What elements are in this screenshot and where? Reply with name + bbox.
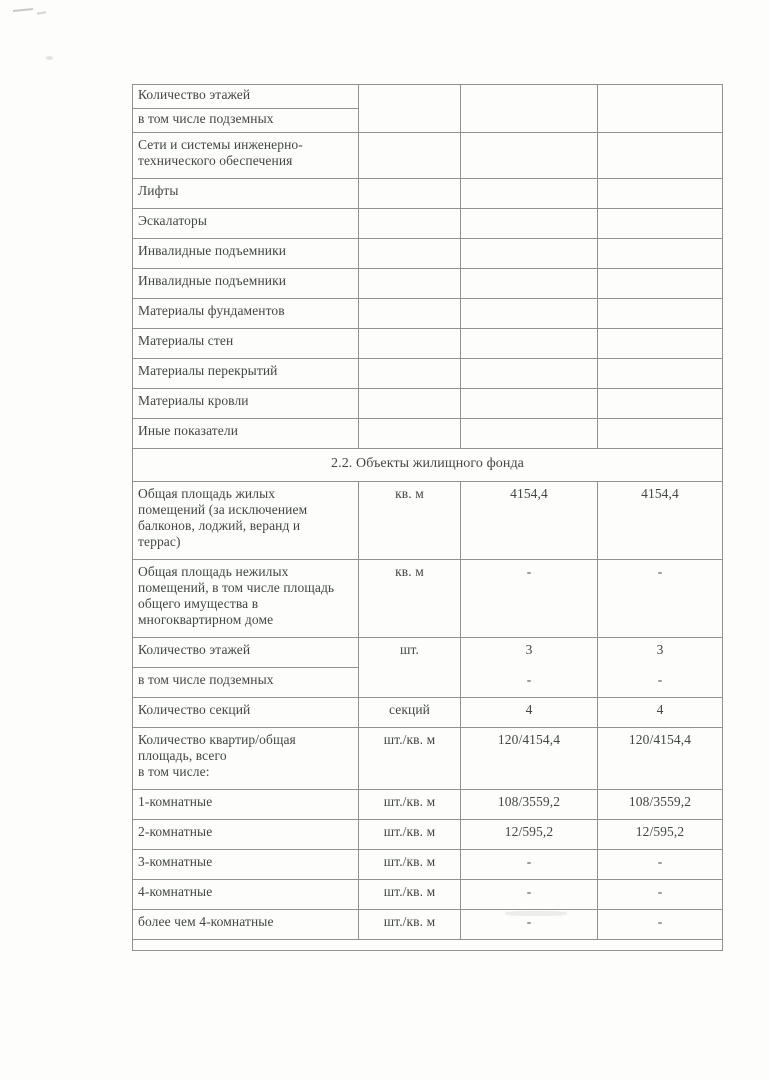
- table-row: Общая площадь жилых помещений (за исключ…: [133, 482, 723, 560]
- scan-artifact: [46, 56, 53, 60]
- table-row: Количество секций секций 4 4: [133, 698, 723, 728]
- row-value-1: [461, 133, 598, 179]
- row-value-2: [598, 359, 723, 389]
- row-unit: секций: [359, 698, 461, 728]
- row-value-1: [461, 179, 598, 209]
- housing-fund-section: Общая площадь жилых помещений (за исключ…: [133, 482, 723, 940]
- row-value-2: [598, 299, 723, 329]
- row-unit: [359, 209, 461, 239]
- table-footer-spacer: [133, 940, 723, 951]
- row-label: Количество этажей: [133, 638, 359, 668]
- row-value-1: [461, 299, 598, 329]
- table-row: в том числе подземных: [133, 109, 723, 133]
- row-unit: [359, 419, 461, 449]
- table-row: Инвалидные подъемники: [133, 269, 723, 299]
- row-label: в том числе подземных: [133, 668, 359, 698]
- spacer-row: [133, 940, 723, 951]
- scan-artifact: [37, 11, 46, 15]
- row-value-1: [461, 209, 598, 239]
- scan-artifact: [13, 8, 33, 12]
- table-row: Материалы фундаментов: [133, 299, 723, 329]
- row-value-2: [598, 179, 723, 209]
- section-header-title: 2.2. Объекты жилищного фонда: [133, 449, 723, 482]
- row-unit: [359, 359, 461, 389]
- table-row: 1-комнатные шт./кв. м 108/3559,2 108/355…: [133, 790, 723, 820]
- row-value-2: [598, 389, 723, 419]
- row-unit: шт./кв. м: [359, 820, 461, 850]
- table-row: 4-комнатные шт./кв. м - -: [133, 880, 723, 910]
- row-unit: [359, 85, 461, 109]
- row-unit: [359, 329, 461, 359]
- row-label: Эскалаторы: [133, 209, 359, 239]
- row-value-2: [598, 329, 723, 359]
- row-unit: шт./кв. м: [359, 790, 461, 820]
- row-value-2: 4: [598, 698, 723, 728]
- row-value-2: 4154,4: [598, 482, 723, 560]
- row-value-1: 12/595,2: [461, 820, 598, 850]
- table-row: Общая площадь нежилых помещений, в том ч…: [133, 560, 723, 638]
- row-value-2: [598, 269, 723, 299]
- row-unit: [359, 133, 461, 179]
- table-row: Материалы перекрытий: [133, 359, 723, 389]
- table-row: 2-комнатные шт./кв. м 12/595,2 12/595,2: [133, 820, 723, 850]
- row-label: Инвалидные подъемники: [133, 239, 359, 269]
- row-unit: [359, 269, 461, 299]
- row-label: 4-комнатные: [133, 880, 359, 910]
- table-row: Сети и системы инженерно- технического о…: [133, 133, 723, 179]
- table-row: Инвалидные подъемники: [133, 239, 723, 269]
- row-label: Лифты: [133, 179, 359, 209]
- row-unit: [359, 109, 461, 133]
- row-label: в том числе подземных: [133, 109, 359, 133]
- row-value-1: -: [461, 910, 598, 940]
- table-row: Количество этажей шт. 3 3: [133, 638, 723, 668]
- table-row: Материалы стен: [133, 329, 723, 359]
- row-label: Общая площадь жилых помещений (за исключ…: [133, 482, 359, 560]
- row-label: Общая площадь нежилых помещений, в том ч…: [133, 560, 359, 638]
- row-value-1: [461, 109, 598, 133]
- row-value-1: -: [461, 668, 598, 698]
- row-label: Материалы фундаментов: [133, 299, 359, 329]
- row-label: Материалы перекрытий: [133, 359, 359, 389]
- row-value-2: 108/3559,2: [598, 790, 723, 820]
- row-label: Количество секций: [133, 698, 359, 728]
- scanned-document-page: Количество этажей в том числе подземных …: [0, 0, 769, 1080]
- row-value-1: -: [461, 560, 598, 638]
- row-value-2: -: [598, 668, 723, 698]
- row-value-2: 12/595,2: [598, 820, 723, 850]
- row-label: Количество квартир/общая площадь, всего …: [133, 728, 359, 790]
- row-value-2: [598, 209, 723, 239]
- table-row: более чем 4-комнатные шт./кв. м - -: [133, 910, 723, 940]
- row-unit: [359, 389, 461, 419]
- row-value-1: 108/3559,2: [461, 790, 598, 820]
- row-unit: кв. м: [359, 560, 461, 638]
- row-label: Материалы кровли: [133, 389, 359, 419]
- row-value-1: [461, 329, 598, 359]
- row-unit: [359, 179, 461, 209]
- section-header-row: 2.2. Объекты жилищного фонда: [133, 449, 723, 482]
- row-label: более чем 4-комнатные: [133, 910, 359, 940]
- row-value-2: [598, 133, 723, 179]
- row-value-1: [461, 359, 598, 389]
- row-value-2: [598, 419, 723, 449]
- row-value-1: -: [461, 880, 598, 910]
- row-unit: шт./кв. м: [359, 880, 461, 910]
- spacer-cell: [133, 940, 723, 951]
- row-value-2: [598, 109, 723, 133]
- row-label: Инвалидные подъемники: [133, 269, 359, 299]
- row-unit: [359, 299, 461, 329]
- table-row: Лифты: [133, 179, 723, 209]
- row-value-2: 120/4154,4: [598, 728, 723, 790]
- row-value-2: -: [598, 880, 723, 910]
- table-row: Количество квартир/общая площадь, всего …: [133, 728, 723, 790]
- row-value-1: [461, 269, 598, 299]
- row-value-1: -: [461, 850, 598, 880]
- row-value-2: [598, 85, 723, 109]
- row-unit: шт./кв. м: [359, 910, 461, 940]
- table-row: в том числе подземных - -: [133, 668, 723, 698]
- section-header-block: 2.2. Объекты жилищного фонда: [133, 449, 723, 482]
- row-unit: шт./кв. м: [359, 850, 461, 880]
- table-row: Иные показатели: [133, 419, 723, 449]
- row-value-1: 3: [461, 638, 598, 668]
- row-value-2: -: [598, 850, 723, 880]
- row-label: Материалы стен: [133, 329, 359, 359]
- table-row: 3-комнатные шт./кв. м - -: [133, 850, 723, 880]
- row-label: 3-комнатные: [133, 850, 359, 880]
- row-value-1: [461, 239, 598, 269]
- row-label: Сети и системы инженерно- технического о…: [133, 133, 359, 179]
- row-value-2: 3: [598, 638, 723, 668]
- row-value-1: 120/4154,4: [461, 728, 598, 790]
- row-value-2: -: [598, 560, 723, 638]
- row-value-1: [461, 85, 598, 109]
- table-row: Эскалаторы: [133, 209, 723, 239]
- row-value-2: [598, 239, 723, 269]
- row-value-1: 4154,4: [461, 482, 598, 560]
- row-value-1: [461, 389, 598, 419]
- object-parameters-section: Количество этажей в том числе подземных …: [133, 85, 723, 449]
- row-label: 2-комнатные: [133, 820, 359, 850]
- row-unit: кв. м: [359, 482, 461, 560]
- row-unit: шт.: [359, 638, 461, 668]
- table-row: Количество этажей: [133, 85, 723, 109]
- row-label: Количество этажей: [133, 85, 359, 109]
- row-label: Иные показатели: [133, 419, 359, 449]
- construction-object-table: Количество этажей в том числе подземных …: [132, 84, 723, 951]
- row-unit: [359, 668, 461, 698]
- row-value-1: [461, 419, 598, 449]
- row-value-1: 4: [461, 698, 598, 728]
- row-label: 1-комнатные: [133, 790, 359, 820]
- row-unit: [359, 239, 461, 269]
- row-value-2: -: [598, 910, 723, 940]
- table-row: Материалы кровли: [133, 389, 723, 419]
- row-unit: шт./кв. м: [359, 728, 461, 790]
